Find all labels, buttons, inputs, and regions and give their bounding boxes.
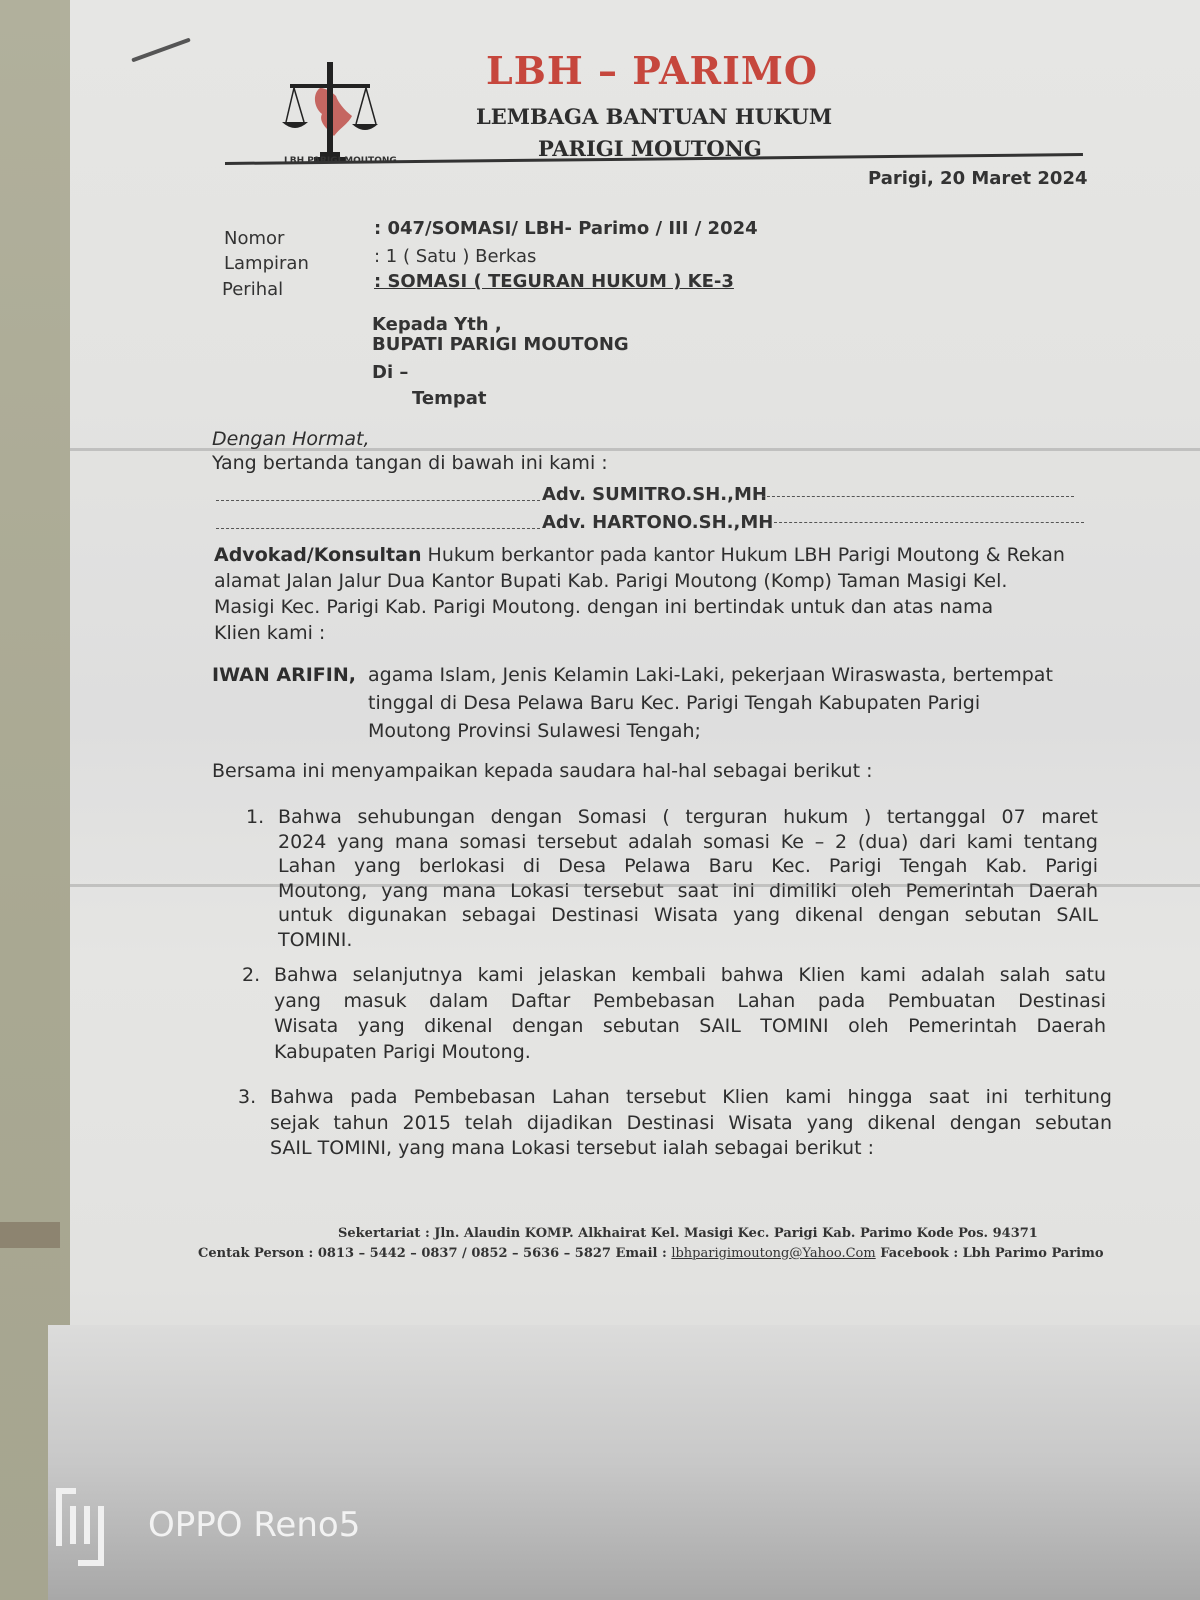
point-number: 2. bbox=[242, 964, 260, 986]
point-text-line: Moutong, yang mana Lokasi tersebut saat … bbox=[278, 880, 1098, 902]
recipient-location-prefix: Di – bbox=[372, 362, 408, 383]
point-number: 1. bbox=[246, 806, 264, 828]
camera-watermark: OPPO Reno5 bbox=[148, 1505, 360, 1545]
organization-subtitle: LEMBAGA BANTUAN HUKUM bbox=[476, 104, 832, 129]
scales-of-justice-icon bbox=[282, 58, 378, 168]
client-detail-line: agama Islam, Jenis Kelamin Laki-Laki, pe… bbox=[368, 664, 1053, 686]
point-number: 3. bbox=[238, 1086, 256, 1108]
client-detail-line: Moutong Provinsi Sulawesi Tengah; bbox=[368, 720, 701, 742]
signature-dash-line bbox=[216, 528, 540, 530]
signature-dash-line bbox=[216, 500, 540, 502]
advokad-line: Klien kami : bbox=[214, 622, 325, 644]
background-band bbox=[0, 1222, 60, 1248]
meta-label-perihal: Perihal bbox=[222, 279, 283, 300]
advokad-line: Advokad/Konsultan Hukum berkantor pada k… bbox=[214, 544, 1065, 566]
signatory-name: Adv. SUMITRO.SH.,MH bbox=[542, 484, 767, 505]
meta-label-nomor: Nomor bbox=[224, 228, 284, 249]
point-text-line: Bahwa sehubungan dengan Somasi ( tergura… bbox=[278, 806, 1098, 828]
organization-title: LBH – PARIMO bbox=[486, 48, 818, 93]
footer-email-link[interactable]: lbhparigimoutong@Yahoo.Com bbox=[671, 1246, 875, 1261]
advokad-line: Masigi Kec. Parigi Kab. Parigi Moutong. … bbox=[214, 596, 993, 618]
meta-value-nomor: : 047/SOMASI/ LBH- Parimo / III / 2024 bbox=[374, 218, 758, 239]
advokad-title: Advokad/Konsultan bbox=[214, 544, 422, 566]
intro-line: Yang bertanda tangan di bawah ini kami : bbox=[212, 452, 608, 474]
advokad-line: alamat Jalan Jalur Dua Kantor Bupati Kab… bbox=[214, 570, 1007, 592]
point-text-line: Bahwa selanjutnya kami jelaskan kembali … bbox=[274, 964, 1106, 986]
point-text-line: Lahan yang berlokasi di Desa Pelawa Baru… bbox=[278, 855, 1098, 877]
point-text-line: SAIL TOMINI, yang mana Lokasi tersebut i… bbox=[270, 1137, 874, 1159]
recipient-location: Tempat bbox=[412, 388, 487, 409]
signature-dash-line bbox=[774, 522, 1084, 524]
meta-label-lampiran: Lampiran bbox=[224, 253, 309, 274]
point-text-line: Bahwa pada Pembebasan Lahan tersebut Kli… bbox=[270, 1086, 1112, 1108]
point-text-line: Kabupaten Parigi Moutong. bbox=[274, 1041, 531, 1063]
point-text-line: untuk digunakan sebagai Destinasi Wisata… bbox=[278, 904, 1098, 926]
point-text-line: 2024 yang mana somasi tersebut adalah so… bbox=[278, 831, 1098, 853]
recipient-salutation: Kepada Yth , bbox=[372, 314, 502, 335]
meta-value-perihal: : SOMASI ( TEGURAN HUKUM ) KE-3 bbox=[374, 271, 734, 292]
point-text-line: TOMINI. bbox=[278, 929, 352, 951]
footer-contact: Centak Person : 0813 – 5442 – 0837 / 085… bbox=[198, 1246, 1104, 1261]
client-name: IWAN ARIFIN, bbox=[212, 664, 356, 686]
statement-line: Bersama ini menyampaikan kepada saudara … bbox=[212, 760, 873, 782]
oppo-camera-logo-icon bbox=[56, 1488, 104, 1566]
letter-date: Parigi, 20 Maret 2024 bbox=[868, 168, 1088, 189]
signature-dash-line bbox=[762, 496, 1074, 498]
recipient-name: BUPATI PARIGI MOUTONG bbox=[372, 334, 629, 355]
letter-paper-lower-fold bbox=[48, 1325, 1200, 1600]
greeting: Dengan Hormat, bbox=[212, 428, 370, 450]
footer-address: Sekertariat : Jln. Alaudin KOMP. Alkhair… bbox=[338, 1226, 1038, 1241]
point-text-line: yang masuk dalam Daftar Pembebasan Lahan… bbox=[274, 990, 1106, 1012]
point-text-line: Wisata yang dikenal dengan sebutan SAIL … bbox=[274, 1015, 1106, 1037]
signatory-name: Adv. HARTONO.SH.,MH bbox=[542, 512, 773, 533]
point-text-line: sejak tahun 2015 telah dijadikan Destina… bbox=[270, 1112, 1112, 1134]
client-detail-line: tinggal di Desa Pelawa Baru Kec. Parigi … bbox=[368, 692, 980, 714]
meta-value-lampiran: : 1 ( Satu ) Berkas bbox=[374, 246, 536, 267]
